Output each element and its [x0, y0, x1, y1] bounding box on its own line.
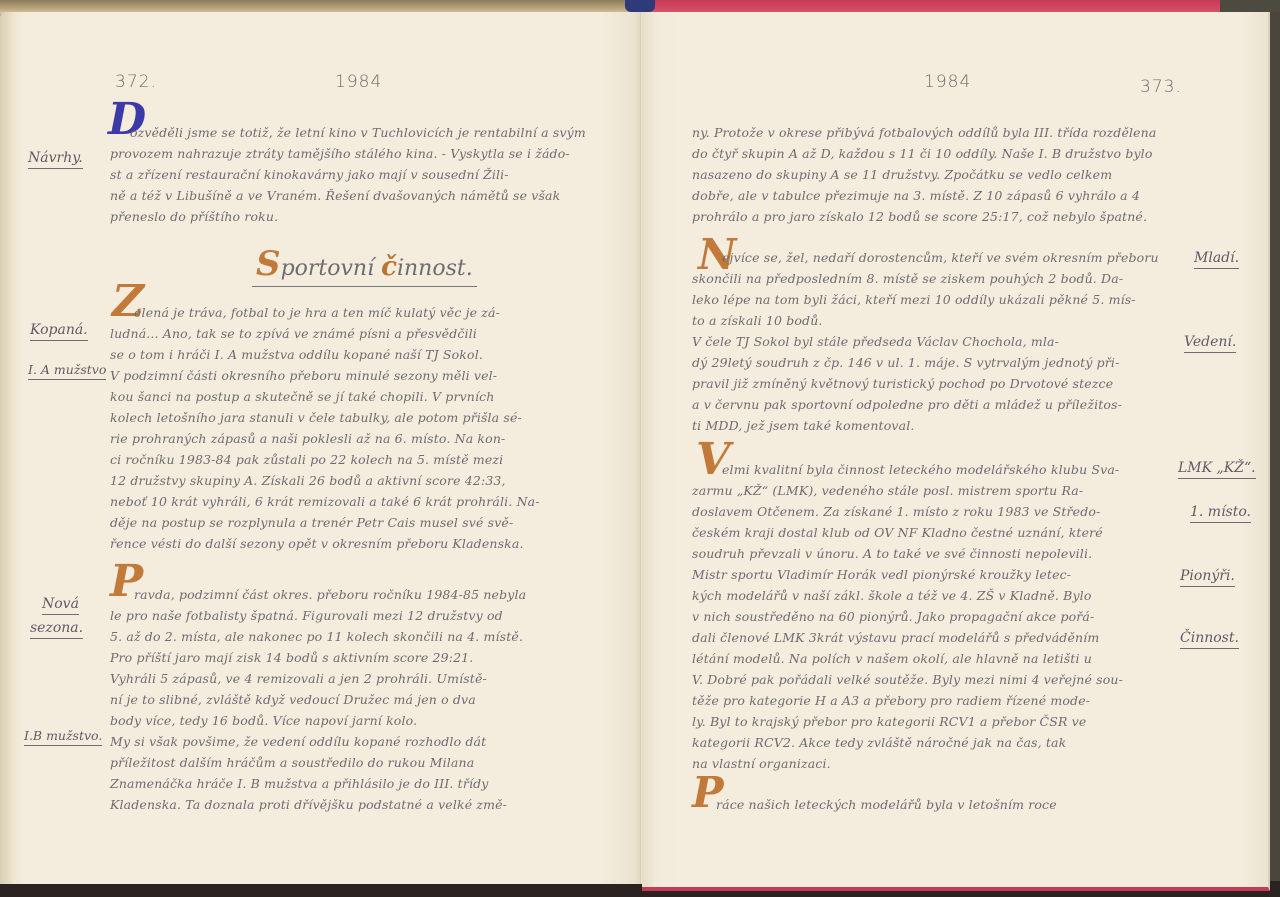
margin-note-nova: Nová [42, 596, 79, 615]
margin-note-cinnost: Činnost. [1180, 630, 1239, 649]
year-header-right: 1984 [924, 72, 971, 92]
text-line: Kladenska. Ta doznala proti dřívějšku po… [110, 797, 507, 812]
text-line: prohrálo a pro jaro získalo 12 bodů se s… [692, 209, 1147, 224]
margin-note-b-muzstvo: I.B mužstvo. [24, 728, 102, 746]
text-line: v nich soustředěno na 60 pionýrů. Jako p… [692, 609, 1094, 624]
text-line: My si však povšime, že vedení oddílu kop… [110, 734, 486, 749]
text-line: skončili na předposledním 8. místě se zi… [692, 271, 1123, 286]
text-line: ti MDD, jež jsem také komentoval. [692, 418, 915, 433]
year-header-left: 1984 [335, 72, 382, 92]
text-line: ny. Protože v okrese přibývá fotbalových… [692, 125, 1157, 140]
text-line: dý 29letý soudruh z čp. 146 v ul. 1. máj… [692, 355, 1119, 370]
page-number-left: 372. [115, 72, 157, 92]
bookmark-ribbon [625, 0, 655, 12]
text-line: ní je to slibné, zvláště když vedoucí Dr… [110, 692, 476, 707]
text-line: řence vésti do další sezony opět v okres… [110, 536, 524, 551]
text-line: body více, tedy 16 bodů. Více napoví jar… [110, 713, 417, 728]
text-line: Mistr sportu Vladimír Horák vedl pionýrs… [692, 567, 1071, 582]
text-line: Znamenáčka hráče I. B mužstva a přihlási… [110, 776, 488, 791]
text-line: Pro příští jaro mají zisk 14 bodů s akti… [110, 650, 473, 665]
text-line: kou šanci na postup a skutečně se jí tak… [110, 389, 495, 404]
text-line: leko lépe na tom byli žáci, kteří mezi 1… [692, 292, 1136, 307]
text-line: kých modelářů v naší zákl. škole a též v… [692, 588, 1092, 603]
text-line: 5. až do 2. místa, ale nakonec po 11 kol… [110, 629, 523, 644]
text-line: děje na postup se rozplynula a trenér Pe… [110, 515, 513, 530]
text-line: V podzimní části okresního přeboru minul… [110, 368, 497, 383]
text-line: st a zřízení restaurační kinokavárny jak… [110, 167, 509, 182]
margin-note-lmk: LMK „KŽ“. [1178, 460, 1256, 479]
text-line: neboť 10 krát vyhráli, 6 krát remizovali… [110, 494, 540, 509]
text-line: kategorii RCV2. Akce tedy zvláště náročn… [692, 735, 1066, 750]
text-line: těže pro kategorie H a A3 a přebory pro … [692, 693, 1090, 708]
text-line: ejvíce se, žel, nedaří dorostencům, kteř… [722, 250, 1159, 265]
text-line: ly. Byl to krajský přebor pro kategorii … [692, 714, 1086, 729]
text-line: elmi kvalitní byla činnost leteckého mod… [722, 462, 1119, 477]
section-heading-sportovni-cinnost: Sportovní činnost. [252, 244, 477, 287]
heading-cap-s: S [256, 244, 281, 284]
text-line: provozem nahrazuje ztráty tamějšího stál… [110, 146, 570, 161]
text-line: přeneslo do příštího roku. [110, 209, 278, 224]
text-line: soudruh převzali v únoru. A to také ve s… [692, 546, 1092, 561]
text-line: příležitost dalším hráčům a soustředilo … [110, 755, 474, 770]
text-line: V čele TJ Sokol byl stále předseda Václa… [692, 334, 1059, 349]
left-page: 372. 1984 D ozvěděli jsme se totiž, že l… [0, 12, 642, 884]
margin-note-prvni-misto: 1. místo. [1190, 504, 1251, 523]
margin-note-sezona: sezona. [30, 620, 83, 639]
text-line: 12 družstvy skupiny A. Získali 26 bodů a… [110, 473, 506, 488]
text-line: ravda, podzimní část okres. přeboru ročn… [134, 587, 526, 602]
margin-note-vedeni: Vedení. [1184, 334, 1236, 353]
text-line: elená je tráva, fotbal to je hra a ten m… [134, 305, 500, 320]
text-line: ráce našich leteckých modelářů byla v le… [716, 797, 1057, 812]
text-line: to a získali 10 bodů. [692, 313, 823, 328]
text-line: nasazeno do skupiny A se 11 družstvy. Zp… [692, 167, 1112, 182]
text-line: létání modelů. Na polích v našem okolí, … [692, 651, 1092, 666]
text-line: českém kraji dostal klub od OV NF Kladno… [692, 525, 1103, 540]
text-line: ně a též v Libušíně a ve Vraném. Řešení … [110, 188, 560, 203]
text-line: dobře, ale v tabulce přezimuje na 3. mís… [692, 188, 1140, 203]
text-line: zarmu „KŽ“ (LMK), vedeného stále posl. m… [692, 483, 1083, 498]
margin-note-a-muzstvo: I. A mužstvo [28, 362, 106, 380]
text-line: ci ročníku 1983-84 pak zůstali po 22 kol… [110, 452, 503, 467]
page-number-right: 373. [1140, 77, 1182, 97]
margin-note-kopana: Kopaná. [30, 322, 88, 341]
text-line: do čtyř skupin A až D, každou s 11 či 10… [692, 146, 1153, 161]
text-line: Vyhráli 5 zápasů, ve 4 remizovali a jen … [110, 671, 487, 686]
text-line: se o tom i hráči I. A mužstva oddílu kop… [110, 347, 483, 362]
text-line: dali členové LMK 3krát výstavu prací mod… [692, 630, 1099, 645]
margin-note-navrhy: Návrhy. [28, 150, 83, 169]
text-line: ozvěděli jsme se totiž, že letní kino v … [130, 125, 586, 140]
text-line: doslavem Otčenem. Za získané 1. místo z … [692, 504, 1100, 519]
text-line: kolech letošního jara stanuli v čele tab… [110, 410, 522, 425]
text-line: le pro naše fotbalisty špatná. Figuroval… [110, 608, 503, 623]
text-line: V. Dobré pak pořádali velké soutěže. Byl… [692, 672, 1123, 687]
heading-cap-c: č [381, 252, 397, 282]
right-page: 1984 373. ny. Protože v okrese přibývá f… [642, 12, 1270, 891]
text-line: a v červnu pak sportovní odpoledne pro d… [692, 397, 1122, 412]
text-line: pravil již zmíněný květnový turistický p… [692, 376, 1113, 391]
text-line: rie prohraných zápasů a naši poklesli až… [110, 431, 505, 446]
text-line: ludná... Ano, tak se to zpívá ve známé p… [110, 326, 477, 341]
margin-note-mladez: Mladí. [1194, 250, 1239, 269]
margin-note-pionyri: Pionýři. [1180, 568, 1235, 587]
